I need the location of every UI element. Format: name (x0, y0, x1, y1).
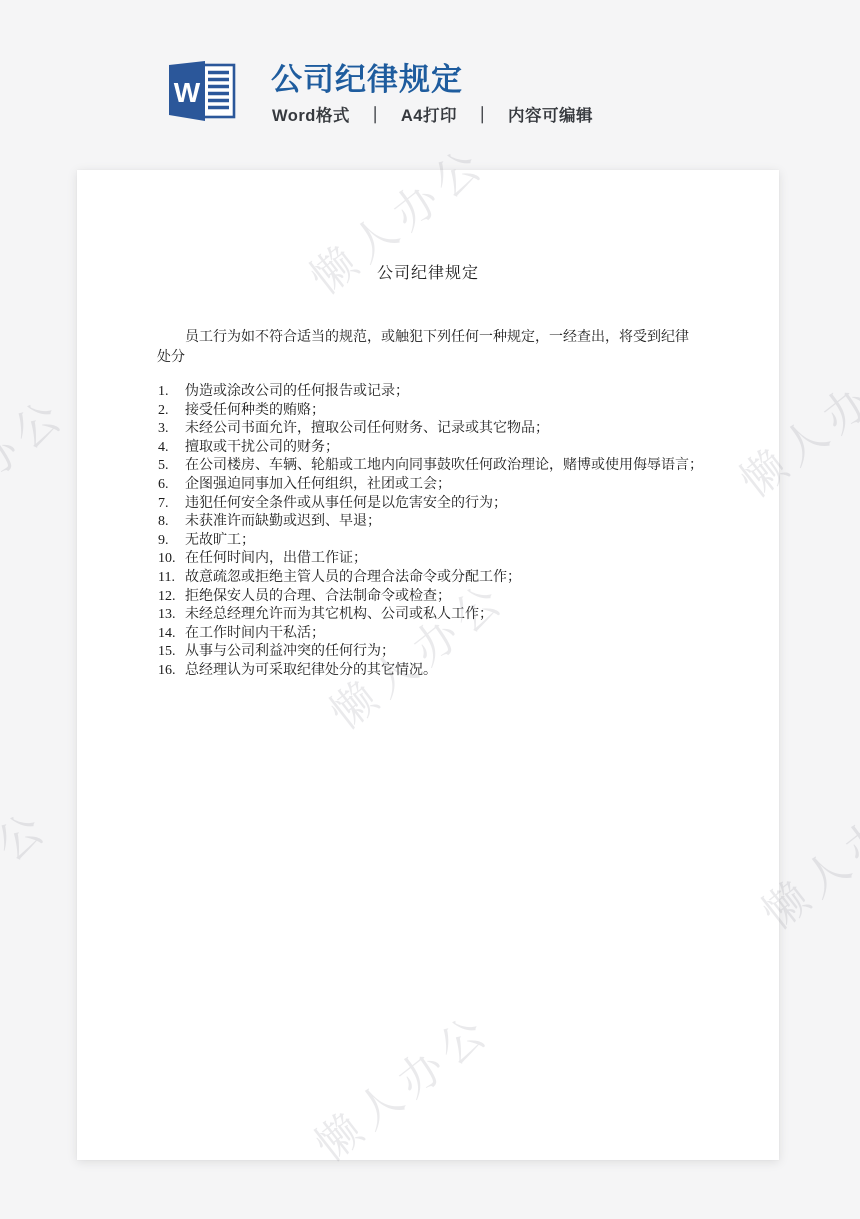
watermark: 懒人办公 (0, 791, 61, 969)
intro-line: 员工行为如不符合适当的规范，或触犯下列任何一种规定，一经查出，将受到纪律 (157, 328, 701, 348)
list-item: 15.从事与公司利益冲突的任何行为； (158, 643, 709, 662)
word-logo-icon: W (168, 59, 238, 125)
list-item-text: 在公司楼房、车辆、轮船或工地内向同事鼓吹任何政治理论，赌博或使用侮辱语言； (185, 458, 703, 473)
list-item: 10.在任何时间内，出借工作证； (158, 550, 709, 569)
intro-paragraph: 员工行为如不符合适当的规范，或触犯下列任何一种规定，一经查出，将受到纪律 处分 (157, 328, 701, 368)
list-item-text: 无故旷工； (185, 533, 255, 548)
list-item-text: 从事与公司利益冲突的任何行为； (185, 644, 395, 659)
list-item: 9.无故旷工； (158, 532, 709, 551)
list-item-text: 未经总经理允许而为其它机构、公司或私人工作； (185, 607, 493, 622)
page-title: 公司纪律规定 (271, 54, 463, 99)
list-item: 13.未经总经理允许而为其它机构、公司或私人工作； (158, 606, 709, 625)
list-item-text: 擅取或干扰公司的财务； (185, 440, 339, 455)
list-item: 7.违犯任何安全条件或从事任何是以危害安全的行为； (158, 495, 709, 514)
list-item: 11.故意疏忽或拒绝主管人员的合理合法命令或分配工作； (158, 569, 709, 588)
document-page: 公司纪律规定 员工行为如不符合适当的规范，或触犯下列任何一种规定，一经查出，将受… (77, 170, 779, 1160)
list-item-number: 16. (158, 662, 185, 681)
list-item-number: 2. (158, 402, 185, 421)
rule-list: 1.伪造或涂改公司的任何报告或记录；2.接受任何种类的贿赂；3.未经公司书面允许… (158, 383, 709, 681)
intro-line: 处分 (157, 348, 701, 368)
list-item: 5.在公司楼房、车辆、轮船或工地内向同事鼓吹任何政治理论，赌博或使用侮辱语言； (158, 457, 709, 476)
list-item: 12.拒绝保安人员的合理、合法制命令或检查； (158, 588, 709, 607)
watermark: 懒人办公 (0, 379, 78, 557)
page-subtitle: Word格式 ｜ A4打印 ｜ 内容可编辑 (272, 102, 593, 126)
list-item-number: 12. (158, 588, 185, 607)
list-item-text: 企图强迫同事加入任何组织，社团或工会； (185, 477, 451, 492)
list-item: 16.总经理认为可采取纪律处分的其它情况。 (158, 662, 709, 681)
list-item-number: 15. (158, 643, 185, 662)
list-item: 6.企图强迫同事加入任何组织，社团或工会； (158, 476, 709, 495)
list-item-number: 3. (158, 420, 185, 439)
list-item-number: 14. (158, 625, 185, 644)
list-item-text: 未获准许而缺勤或迟到、早退； (185, 514, 381, 529)
list-item-text: 总经理认为可采取纪律处分的其它情况。 (185, 663, 437, 678)
list-item: 8.未获准许而缺勤或迟到、早退； (158, 513, 709, 532)
list-item: 14.在工作时间内干私活； (158, 625, 709, 644)
list-item-text: 伪造或涂改公司的任何报告或记录； (185, 384, 409, 399)
list-item-number: 11. (158, 569, 185, 588)
list-item-number: 4. (158, 439, 185, 458)
list-item-number: 9. (158, 532, 185, 551)
list-item-number: 5. (158, 457, 185, 476)
list-item-text: 拒绝保安人员的合理、合法制命令或检查； (185, 589, 451, 604)
list-item-text: 违犯任何安全条件或从事任何是以危害安全的行为； (185, 496, 507, 511)
list-item-number: 8. (158, 513, 185, 532)
list-item: 4.擅取或干扰公司的财务； (158, 439, 709, 458)
list-item: 1.伪造或涂改公司的任何报告或记录； (158, 383, 709, 402)
list-item-text: 在任何时间内，出借工作证； (185, 551, 367, 566)
list-item-number: 13. (158, 606, 185, 625)
list-item: 3.未经公司书面允许，擅取公司任何财务、记录或其它物品； (158, 420, 709, 439)
list-item-text: 在工作时间内干私活； (185, 626, 325, 641)
svg-text:W: W (174, 77, 201, 108)
list-item-number: 1. (158, 383, 185, 402)
list-item-text: 接受任何种类的贿赂； (185, 403, 325, 418)
list-item-number: 7. (158, 495, 185, 514)
template-preview-canvas: W 公司纪律规定 Word格式 ｜ A4打印 ｜ 内容可编辑 公司纪律规定 员工… (0, 0, 860, 1219)
list-item-text: 故意疏忽或拒绝主管人员的合理合法命令或分配工作； (185, 570, 521, 585)
document-title: 公司纪律规定 (77, 170, 779, 285)
list-item: 2.接受任何种类的贿赂； (158, 402, 709, 421)
list-item-text: 未经公司书面允许，擅取公司任何财务、记录或其它物品； (185, 421, 549, 436)
list-item-number: 6. (158, 476, 185, 495)
list-item-number: 10. (158, 550, 185, 569)
